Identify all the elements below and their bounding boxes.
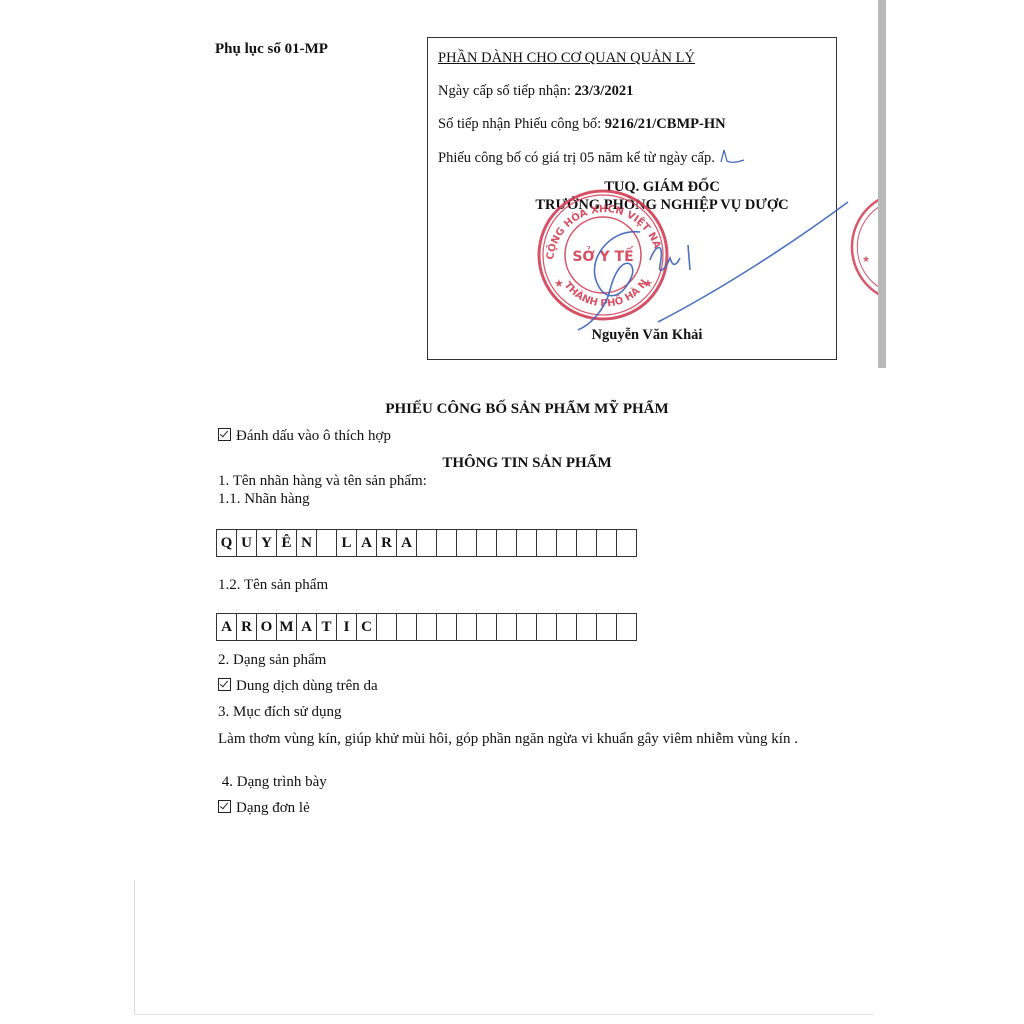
product-form-option: Dung dịch dùng trên da <box>218 678 378 695</box>
receipt-number-value: 9216/21/CBMP-HN <box>605 116 726 132</box>
brand-letter-cell <box>477 530 497 556</box>
product-letter-cell: M <box>277 614 297 640</box>
brand-letter-cell <box>577 530 597 556</box>
form-title: PHIẾU CÔNG BỐ SẢN PHẨM MỸ PHẨM <box>0 401 1024 418</box>
page-edge-left <box>134 880 135 1015</box>
item-1: 1. Tên nhãn hàng và tên sản phẩm: <box>218 473 427 490</box>
section-title: THÔNG TIN SẢN PHẨM <box>0 455 1024 472</box>
validity-text: Phiếu công bố có giá trị 05 năm kể từ ng… <box>438 148 748 167</box>
product-name-boxes: AROMATIC <box>216 613 637 641</box>
brand-name-boxes: QUYÊNLARA <box>216 529 637 557</box>
item-1-2: 1.2. Tên sản phẩm <box>218 577 328 594</box>
product-letter-cell: R <box>237 614 257 640</box>
brand-letter-cell: R <box>377 530 397 556</box>
product-letter-cell <box>437 614 457 640</box>
brand-letter-cell <box>537 530 557 556</box>
presentation-text: Dạng đơn lẻ <box>236 800 310 816</box>
product-letter-cell <box>477 614 497 640</box>
validity-text-label: Phiếu công bố có giá trị 05 năm kể từ ng… <box>438 150 715 166</box>
brand-letter-cell <box>417 530 437 556</box>
brand-letter-cell: N <box>297 530 317 556</box>
management-box: PHẦN DÀNH CHO CƠ QUAN QUẢN LÝ Ngày cấp s… <box>427 37 837 360</box>
brand-letter-cell <box>497 530 517 556</box>
presentation-option: Dạng đơn lẻ <box>218 800 310 817</box>
brand-letter-cell: Ê <box>277 530 297 556</box>
page-edge-bottom <box>134 1014 874 1015</box>
purpose-text: Làm thơm vùng kín, giúp khử mùi hôi, góp… <box>218 730 818 749</box>
checked-box-icon <box>218 428 231 441</box>
product-letter-cell <box>377 614 397 640</box>
signatory-title-1: TUQ. GIÁM ĐỐC <box>458 179 866 196</box>
brand-letter-cell: Y <box>257 530 277 556</box>
instruction-line: Đánh dấu vào ô thích hợp <box>218 428 391 445</box>
item-1-1: 1.1. Nhãn hàng <box>218 491 310 508</box>
brand-letter-cell <box>597 530 617 556</box>
product-letter-cell <box>397 614 417 640</box>
checked-box-icon <box>218 678 231 691</box>
appendix-label: Phụ lục số 01-MP <box>215 41 328 58</box>
product-letter-cell <box>577 614 597 640</box>
product-letter-cell: I <box>337 614 357 640</box>
product-letter-cell <box>617 614 637 640</box>
product-letter-cell <box>417 614 437 640</box>
issue-date: Ngày cấp số tiếp nhận: 23/3/2021 <box>438 83 633 100</box>
issue-date-label: Ngày cấp số tiếp nhận: <box>438 83 575 99</box>
brand-letter-cell: L <box>337 530 357 556</box>
product-letter-cell: A <box>217 614 237 640</box>
receipt-number: Số tiếp nhận Phiếu công bố: 9216/21/CBMP… <box>438 116 726 133</box>
initial-mark-icon <box>718 148 748 164</box>
product-letter-cell <box>457 614 477 640</box>
receipt-number-label: Số tiếp nhận Phiếu công bố: <box>438 116 605 132</box>
signatory-title-2: TRƯỞNG PHÒNG NGHIỆP VỤ DƯỢC <box>458 197 866 214</box>
brand-letter-cell: U <box>237 530 257 556</box>
page-divider-bar <box>878 0 886 368</box>
product-letter-cell <box>497 614 517 640</box>
brand-letter-cell <box>617 530 637 556</box>
product-letter-cell <box>517 614 537 640</box>
product-letter-cell <box>557 614 577 640</box>
product-form-text: Dung dịch dùng trên da <box>236 678 378 694</box>
brand-letter-cell <box>557 530 577 556</box>
product-letter-cell <box>537 614 557 640</box>
item-4: 4. Dạng trình bày <box>218 774 327 791</box>
item-2: 2. Dạng sản phẩm <box>218 652 326 669</box>
product-letter-cell: A <box>297 614 317 640</box>
brand-letter-cell <box>457 530 477 556</box>
product-letter-cell: O <box>257 614 277 640</box>
product-letter-cell: C <box>357 614 377 640</box>
checked-box-icon <box>218 800 231 813</box>
brand-letter-cell: Q <box>217 530 237 556</box>
svg-text:★: ★ <box>862 255 870 265</box>
instruction-text: Đánh dấu vào ô thích hợp <box>236 428 391 444</box>
issue-date-value: 23/3/2021 <box>575 83 634 99</box>
brand-letter-cell <box>317 530 337 556</box>
product-letter-cell: T <box>317 614 337 640</box>
management-heading: PHẦN DÀNH CHO CƠ QUAN QUẢN LÝ <box>438 50 695 67</box>
brand-letter-cell <box>517 530 537 556</box>
product-letter-cell <box>597 614 617 640</box>
brand-letter-cell: A <box>357 530 377 556</box>
item-3: 3. Mục đích sử dụng <box>218 704 342 721</box>
brand-letter-cell <box>437 530 457 556</box>
signatory-name: Nguyễn Văn Khải <box>428 327 836 344</box>
brand-letter-cell: A <box>397 530 417 556</box>
